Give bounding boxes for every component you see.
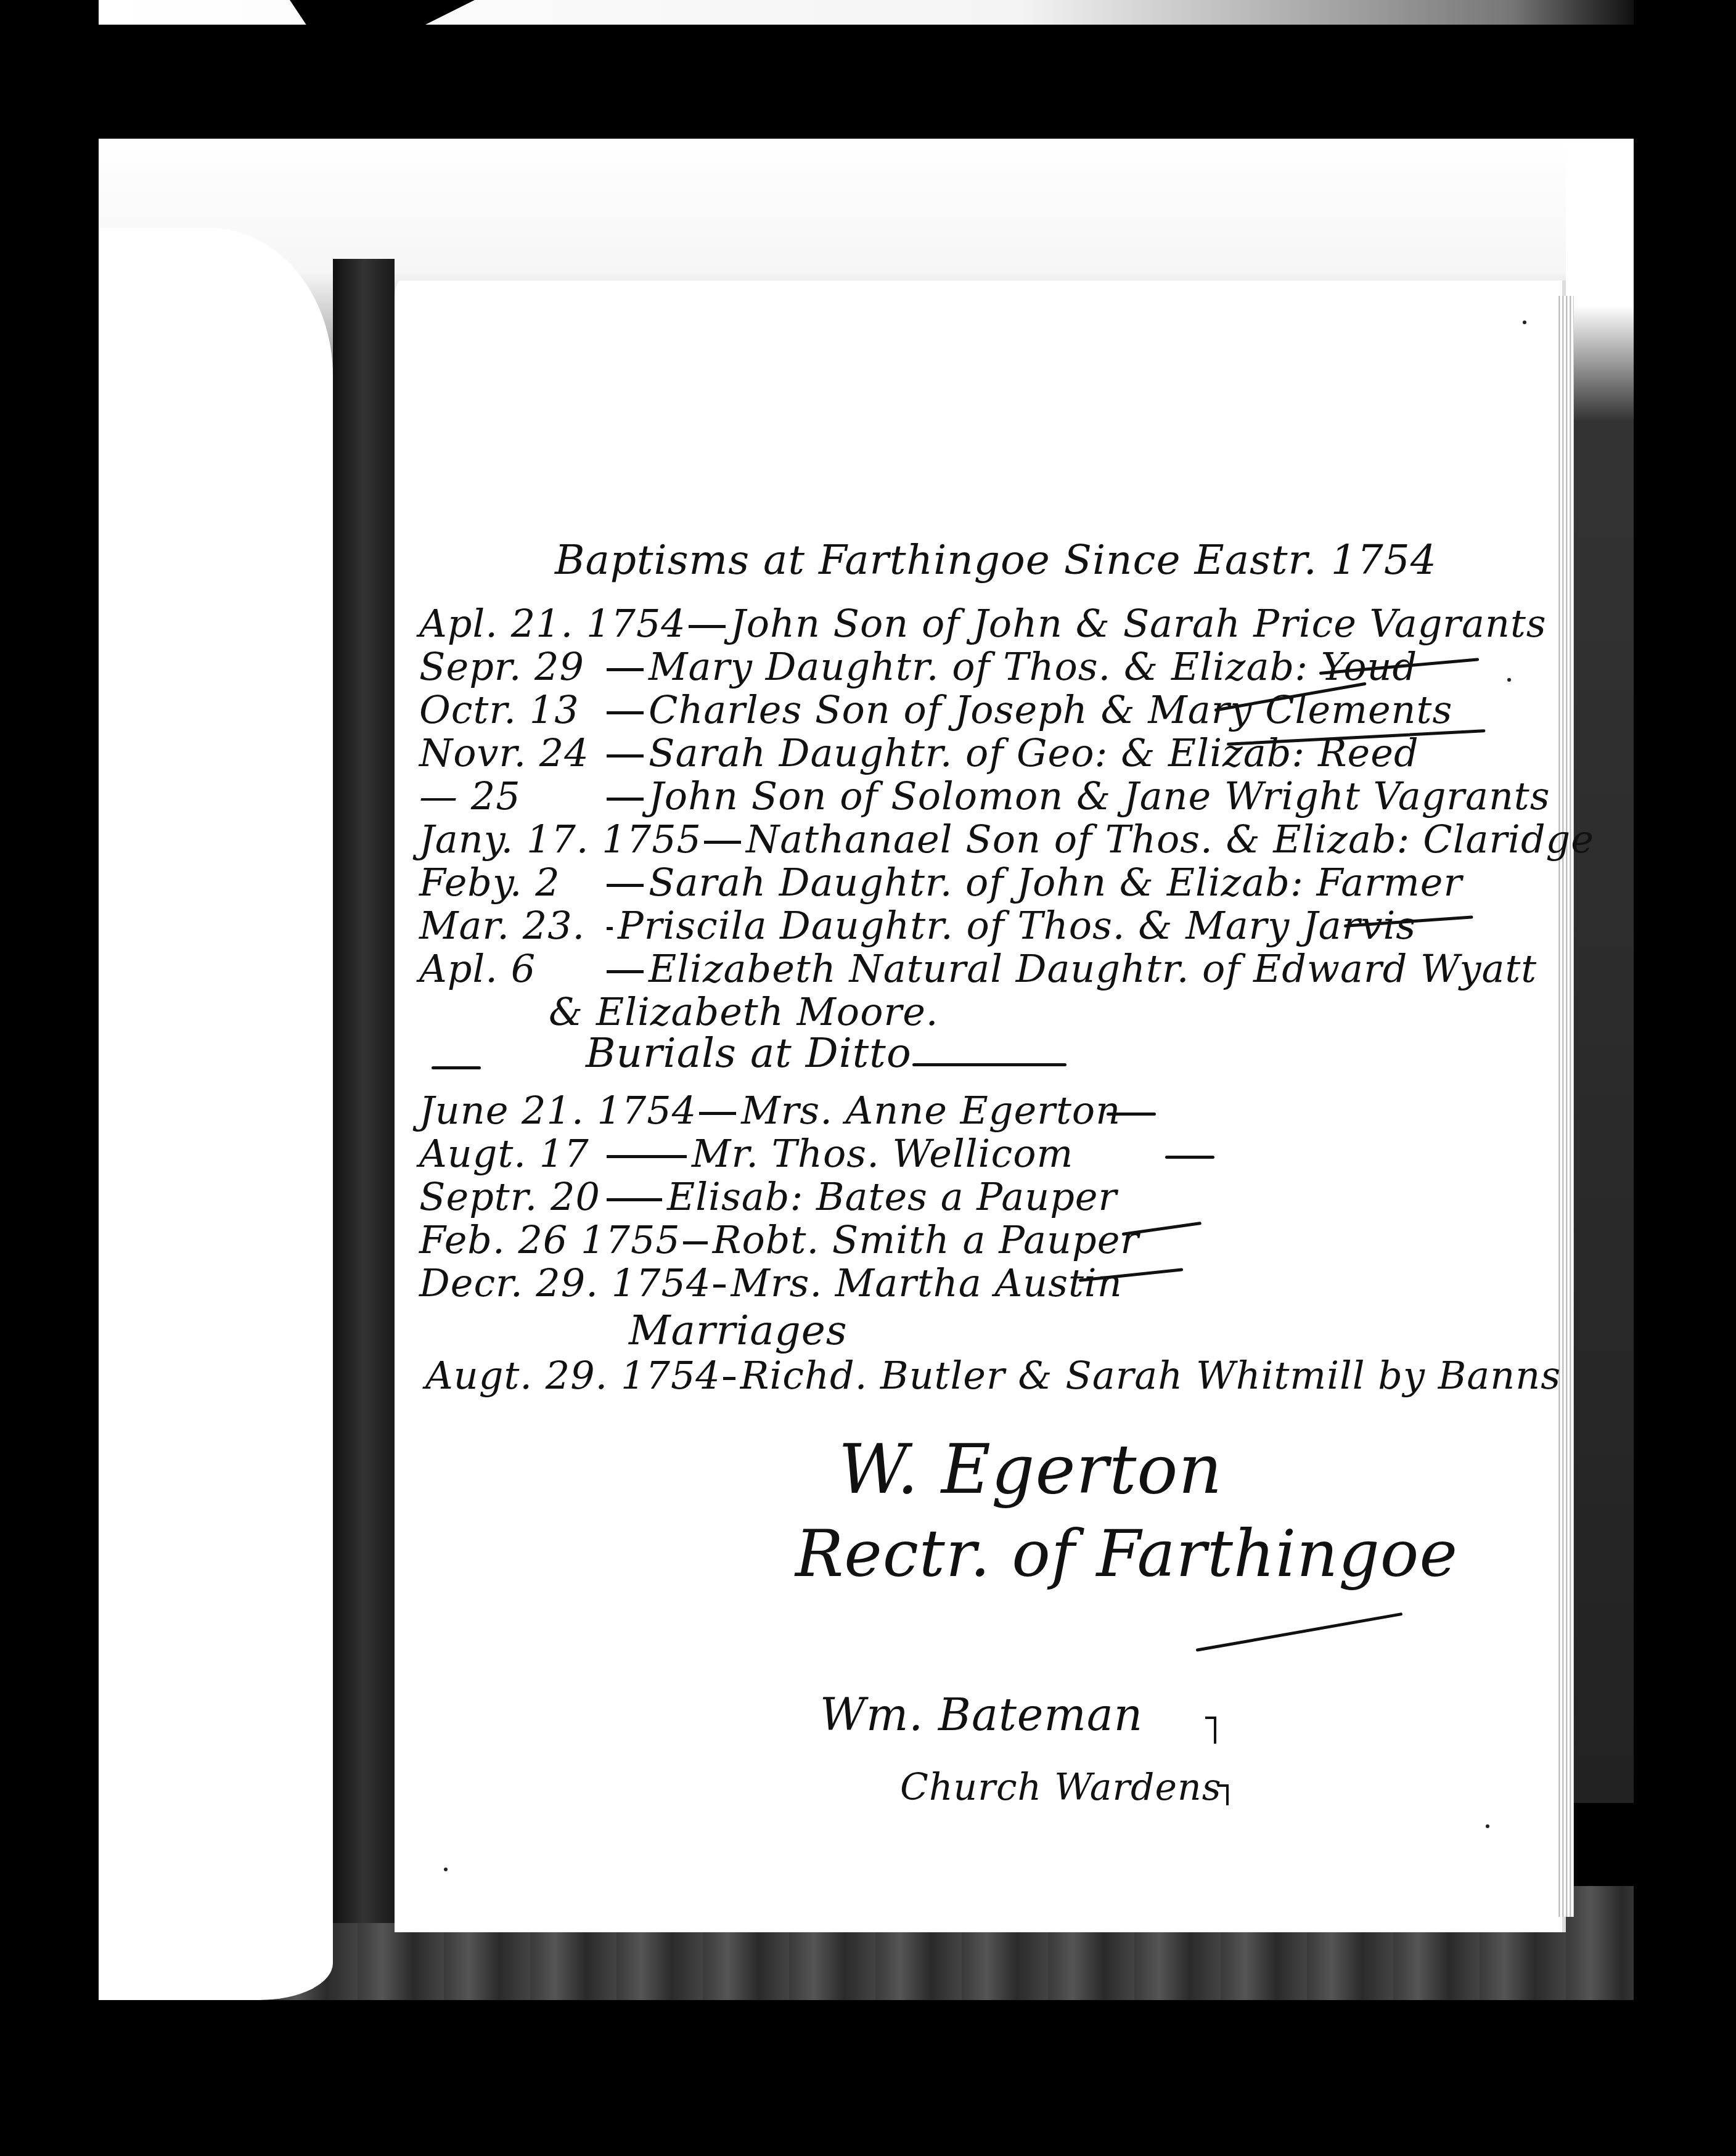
entry-date: — 25 — [419, 774, 604, 819]
entry-dash — [607, 798, 644, 801]
entry-date: Apl. 21. 1754 — [419, 601, 686, 646]
baptism-entry: Novr. 24Sarah Daughtr. of Geo: & Elizab:… — [419, 730, 1419, 775]
scan-speck — [1486, 1824, 1489, 1828]
baptism-entry-continued: & Elizabeth Moore. — [549, 989, 939, 1034]
entry-date: Septr. 20 — [419, 1174, 604, 1219]
entry-text: Mrs. Anne Egerton — [741, 1088, 1121, 1133]
line-filler-rule — [1165, 1156, 1214, 1159]
baptism-entry: — 25John Son of Solomon & Jane Wright Va… — [419, 774, 1550, 819]
burial-entry: Feb. 26 1755Robt. Smith a Pauper — [419, 1217, 1139, 1262]
scan-speck — [1523, 321, 1526, 324]
entry-text: Mr. Thos. Wellicom — [692, 1131, 1073, 1176]
baptism-entry: Apl. 21. 1754John Son of John & Sarah Pr… — [419, 601, 1547, 646]
entry-date: June 21. 1754 — [419, 1088, 697, 1133]
entry-date: Decr. 29. 1754 — [419, 1260, 711, 1305]
line-filler-rule — [1107, 1113, 1156, 1116]
entry-text: John Son of John & Sarah Price Vagrants — [731, 601, 1547, 646]
entry-text: Mrs. Martha Austin — [731, 1260, 1122, 1305]
entry-text: Elisab: Bates a Pauper — [667, 1174, 1117, 1219]
entry-dash — [699, 1112, 736, 1115]
baptisms-heading: Baptisms at Farthingoe Since Eastr. 1754 — [555, 536, 1437, 584]
entry-text: Elizabeth Natural Daughtr. of Edward Wya… — [649, 946, 1537, 991]
rector-title: Rectr. of Farthingoe — [795, 1516, 1458, 1591]
entry-date: Apl. 6 — [419, 946, 604, 991]
entry-dash — [607, 884, 644, 887]
burial-entry: Septr. 20Elisab: Bates a Pauper — [419, 1174, 1117, 1219]
burial-entry: Augt. 17Mr. Thos. Wellicom — [419, 1131, 1073, 1176]
heading-rule-right — [912, 1063, 1067, 1066]
entry-dash — [723, 1377, 735, 1380]
burial-entry: June 21. 1754Mrs. Anne Egerton — [419, 1088, 1121, 1133]
entry-date: Feb. 26 1755 — [419, 1217, 681, 1262]
burials-heading: Burials at Ditto — [586, 1029, 912, 1077]
scan-speck — [1507, 678, 1511, 682]
entry-date: Mar. 23. — [419, 903, 604, 948]
entry-date: Augt. 17 — [419, 1131, 604, 1176]
warden-bracket-bottom — [1218, 1784, 1229, 1805]
marriages-heading: Marriages — [629, 1307, 848, 1354]
entry-date: Jany. 17. 1755 — [419, 817, 702, 862]
baptism-entry: Apl. 6Elizabeth Natural Daughtr. of Edwa… — [419, 946, 1537, 991]
entry-dash — [607, 1155, 687, 1158]
marriage-entry: Augt. 29. 1754Richd. Butler & Sarah Whit… — [425, 1353, 1561, 1398]
entry-text: Robt. Smith a Pauper — [713, 1217, 1139, 1262]
left-page-curl — [99, 228, 333, 2000]
warden-title: Church Wardens — [900, 1766, 1221, 1809]
entry-date: Sepr. 29 — [419, 644, 604, 689]
entry-dash — [607, 970, 644, 973]
warden-bracket-top — [1205, 1717, 1216, 1744]
scan-backdrop-right — [1566, 139, 1634, 1803]
scan-speck — [444, 1868, 448, 1871]
entry-dash — [689, 625, 726, 628]
entry-dash — [607, 927, 613, 930]
entry-date: Novr. 24 — [419, 730, 604, 775]
entry-dash — [607, 1198, 662, 1201]
entry-dash — [704, 841, 741, 844]
rector-signature: W. Egerton — [838, 1430, 1222, 1509]
entry-date: Octr. 13 — [419, 687, 604, 732]
entry-dash — [607, 711, 644, 714]
book-spine-shadow — [333, 259, 395, 1923]
warden-signature: Wm. Bateman — [820, 1689, 1143, 1741]
baptism-entry: Sepr. 29Mary Daughtr. of Thos. & Elizab:… — [419, 644, 1417, 689]
entry-text: Richd. Butler & Sarah Whitmill by Banns — [740, 1353, 1561, 1398]
entry-text: Mary Daughtr. of Thos. & Elizab: Youd — [649, 644, 1417, 689]
entry-dash — [713, 1284, 726, 1288]
entry-date: Augt. 29. 1754 — [425, 1353, 721, 1398]
entry-text: Sarah Daughtr. of John & Elizab: Farmer — [649, 860, 1462, 905]
page-stack-edge — [1557, 296, 1574, 1917]
entry-text: Sarah Daughtr. of Geo: & Elizab: Reed — [649, 730, 1419, 775]
entry-text: Nathanael Son of Thos. & Elizab: Claridg… — [746, 817, 1594, 862]
entry-text: John Son of Solomon & Jane Wright Vagran… — [649, 774, 1550, 819]
entry-text: & Elizabeth Moore. — [549, 989, 939, 1034]
heading-rule-left — [432, 1066, 481, 1069]
entry-dash — [683, 1241, 708, 1244]
entry-date: Feby. 2 — [419, 860, 604, 905]
entry-dash — [607, 668, 644, 671]
entry-dash — [607, 754, 644, 757]
baptism-entry: Mar. 23.Priscila Daughtr. of Thos. & Mar… — [419, 903, 1416, 948]
baptism-entry: Feby. 2Sarah Daughtr. of John & Elizab: … — [419, 860, 1462, 905]
entry-text: Priscila Daughtr. of Thos. & Mary Jarvis — [618, 903, 1416, 948]
baptism-entry: Jany. 17. 1755Nathanael Son of Thos. & E… — [419, 817, 1594, 862]
entry-text: Charles Son of Joseph & Mary Clements — [649, 687, 1452, 732]
burial-entry: Decr. 29. 1754Mrs. Martha Austin — [419, 1260, 1123, 1305]
